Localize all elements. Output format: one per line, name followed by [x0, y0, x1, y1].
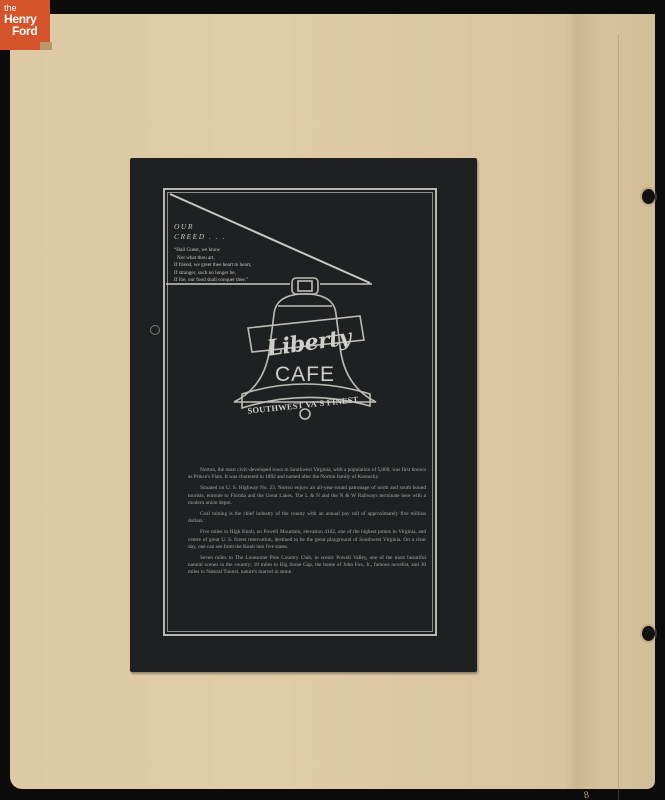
- logo-text-ford: Ford: [12, 25, 37, 37]
- scrapbook-page: 8 OUR CREED . . . “Hail Guest, we know N…: [10, 14, 655, 789]
- liberty-cafe-menu-card: OUR CREED . . . “Hail Guest, we know Not…: [130, 158, 477, 672]
- paragraph: Five miles to High Knob, on Powell Mount…: [188, 529, 426, 551]
- logo-main-text: CAFE: [260, 363, 350, 387]
- creed-heading-line1: OUR: [174, 222, 226, 232]
- binder-hole-bottom: [642, 626, 655, 641]
- creed-heading-line2: CREED . . .: [174, 232, 226, 242]
- poem-line: “Hail Guest, we know: [174, 247, 324, 255]
- creed-heading: OUR CREED . . .: [174, 222, 226, 242]
- henry-ford-logo[interactable]: the Henry Ford: [0, 0, 50, 50]
- paragraph: Situated on U. S. Highway No. 23, Norton…: [188, 485, 426, 507]
- page-number: 8: [583, 790, 590, 800]
- town-description: Norton, the most civic-developed town in…: [188, 467, 426, 581]
- paragraph: Seven miles to The Lonesome Pine Country…: [188, 555, 426, 577]
- paragraph: Coal mining is the chief industry of the…: [188, 511, 426, 525]
- poem-line: If friend, we greet thee heart to heart,: [174, 262, 324, 270]
- logo-accent-block: [40, 42, 52, 50]
- paragraph: Norton, the most civic-developed town in…: [188, 467, 426, 481]
- page-fold-line: [618, 34, 619, 800]
- binder-hole-top: [642, 189, 655, 204]
